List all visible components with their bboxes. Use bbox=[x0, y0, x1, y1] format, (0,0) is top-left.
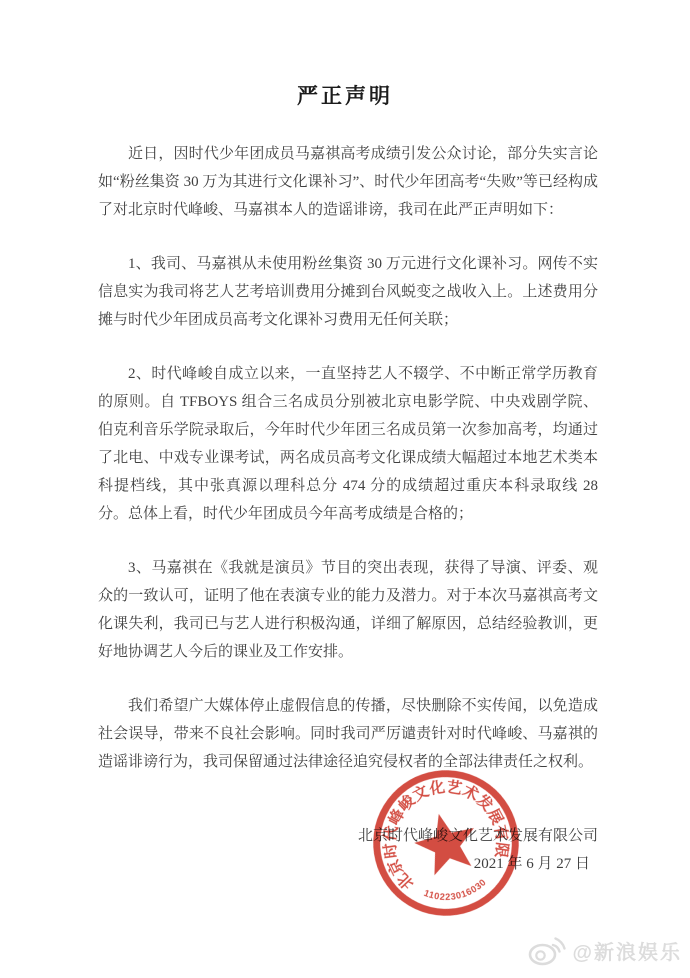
paragraph-point-3: 3、马嘉祺在《我就是演员》节目的突出表现，获得了导演、评委、观众的一致认可，证明… bbox=[98, 554, 598, 666]
paragraph-point-1: 1、我司、马嘉祺从未使用粉丝集资 30 万元进行文化课补习。网传不实信息实为我司… bbox=[98, 250, 598, 334]
paragraph-intro: 近日，因时代少年团成员马嘉祺高考成绩引发公众讨论，部分失实言论如“粉丝集资 30… bbox=[98, 140, 598, 224]
svg-text:110223016030: 110223016030 bbox=[421, 873, 491, 909]
paragraph-point-2: 2、时代峰峻自成立以来，一直坚持艺人不辍学、不中断正常学历教育的原则。自 TFB… bbox=[98, 360, 598, 528]
signature-company: 北京时代峰峻文化艺术发展有限公司 bbox=[98, 822, 598, 850]
signature-date: 2021 年 6 月 27 日 bbox=[98, 850, 598, 878]
statement-title: 严正声明 bbox=[0, 0, 690, 110]
watermark-sina-entertainment: @新浪娱乐 bbox=[528, 934, 682, 966]
seal-number: 110223016030 bbox=[421, 873, 491, 909]
weibo-icon bbox=[528, 934, 566, 966]
statement-body: 近日，因时代少年团成员马嘉祺高考成绩引发公众讨论，部分失实言论如“粉丝集资 30… bbox=[0, 110, 690, 878]
statement-page: 严正声明 近日，因时代少年团成员马嘉祺高考成绩引发公众讨论，部分失实言论如“粉丝… bbox=[0, 0, 690, 978]
paragraph-closing: 我们希望广大媒体停止虚假信息的传播，尽快删除不实传闻，以免造成社会误导，带来不良… bbox=[98, 692, 598, 776]
signature-block: 北京时代峰峻文化艺术发展有限公司 2021 年 6 月 27 日 bbox=[98, 822, 598, 878]
watermark-text: @新浪娱乐 bbox=[572, 936, 682, 965]
